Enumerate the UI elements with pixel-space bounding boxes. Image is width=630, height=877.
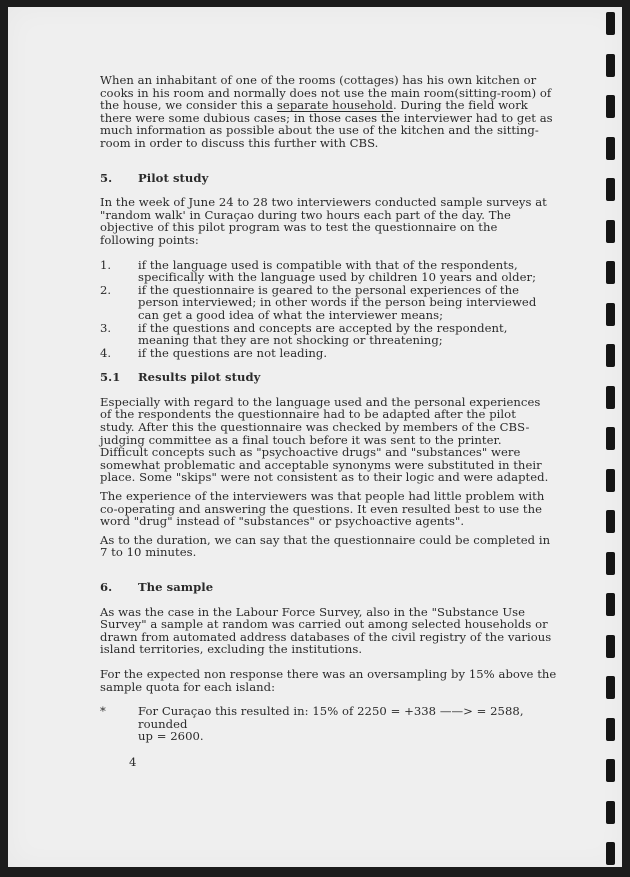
binding-holes	[606, 0, 615, 877]
list-item: 3. if the questions and concepts are acc…	[100, 322, 570, 347]
list-text: if the questions are not leading.	[138, 347, 570, 360]
sample-paragraph-2: For the expected non response there was …	[100, 668, 570, 693]
binding-hole	[606, 676, 615, 699]
curacao-bullet: * For Curaçao this resulted in: 15% of 2…	[100, 705, 570, 743]
list-number: 2.	[100, 284, 138, 322]
binding-hole	[606, 593, 615, 616]
pilot-study-paragraph: In the week of June 24 to 28 two intervi…	[100, 196, 570, 246]
binding-hole	[606, 635, 615, 658]
binding-hole	[606, 261, 615, 284]
section-5-1-heading: 5.1 Results pilot study	[100, 371, 570, 384]
section-title: Pilot study	[138, 172, 208, 185]
list-item: 4. if the questions are not leading.	[100, 347, 570, 360]
list-text: if the questionnaire is geared to the pe…	[138, 284, 570, 322]
binding-hole	[606, 842, 615, 865]
binding-hole	[606, 427, 615, 450]
binding-hole	[606, 95, 615, 118]
binding-hole	[606, 386, 615, 409]
list-text: if the questions and concepts are accept…	[138, 322, 570, 347]
list-item: 1. if the language used is compatible wi…	[100, 259, 570, 284]
section-title: The sample	[138, 581, 213, 594]
section-number: 5.	[100, 172, 138, 185]
page-content: When an inhabitant of one of the rooms (…	[100, 74, 570, 743]
list-number: 1.	[100, 259, 138, 284]
binding-hole	[606, 137, 615, 160]
intro-paragraph: When an inhabitant of one of the rooms (…	[100, 74, 570, 150]
section-title: Results pilot study	[138, 371, 260, 384]
binding-hole	[606, 178, 615, 201]
binding-hole	[606, 303, 615, 326]
section-number: 5.1	[100, 371, 138, 384]
list-number: 4.	[100, 347, 138, 360]
results-paragraph-3: As to the duration, we can say that the …	[100, 534, 570, 559]
section-number: 6.	[100, 581, 138, 594]
list-number: 3.	[100, 322, 138, 347]
binding-hole	[606, 469, 615, 492]
list-item: 2. if the questionnaire is geared to the…	[100, 284, 570, 322]
bullet-text: For Curaçao this resulted in: 15% of 225…	[138, 705, 570, 743]
results-paragraph-2: The experience of the interviewers was t…	[100, 490, 570, 528]
binding-hole	[606, 344, 615, 367]
page-number: 4	[129, 755, 136, 769]
bullet-marker: *	[100, 705, 138, 743]
binding-hole	[606, 759, 615, 782]
results-paragraph-1: Especially with regard to the language u…	[100, 396, 570, 484]
section-6-heading: 6. The sample	[100, 581, 570, 594]
binding-hole	[606, 54, 615, 77]
binding-hole	[606, 552, 615, 575]
section-5-heading: 5. Pilot study	[100, 172, 570, 185]
sample-paragraph-1: As was the case in the Labour Force Surv…	[100, 606, 570, 656]
pilot-points-list: 1. if the language used is compatible wi…	[100, 259, 570, 360]
binding-hole	[606, 220, 615, 243]
binding-hole	[606, 510, 615, 533]
binding-hole	[606, 12, 615, 35]
binding-hole	[606, 801, 615, 824]
binding-hole	[606, 718, 615, 741]
list-text: if the language used is compatible with …	[138, 259, 570, 284]
